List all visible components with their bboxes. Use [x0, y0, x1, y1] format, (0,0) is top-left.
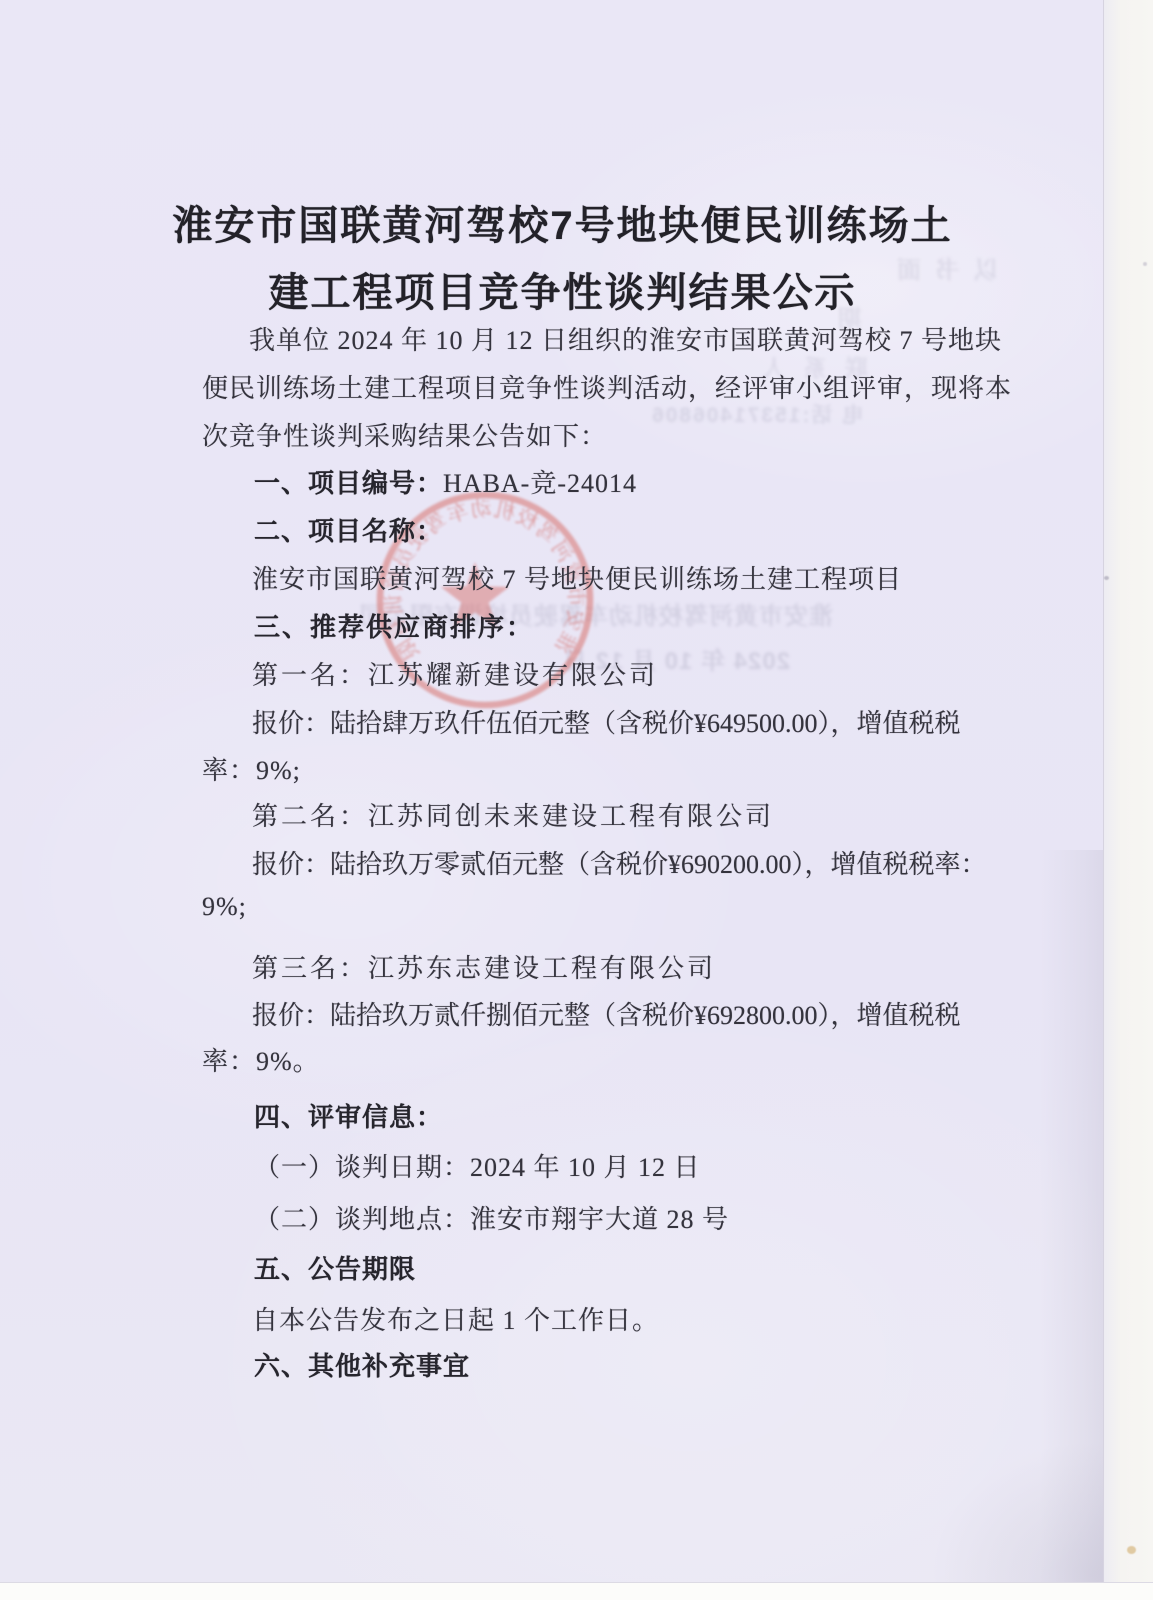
rank2-price-line1: 报价：陆拾玖万零贰佰元整（含税价¥690200.00），增值税税率： [252, 844, 987, 881]
section4-label: 四、评审信息： [254, 1097, 443, 1134]
doc-title-line1: 淮安市国联黄河驾校7号地块便民训练场土 [0, 194, 1125, 251]
paper-speck [1127, 1546, 1136, 1554]
paper-speck [1104, 576, 1109, 580]
rank3-price-line1: 报价：陆拾玖万贰仟捌佰元整（含税价¥692800.00），增值税税 [252, 995, 961, 1032]
rank3-name: 第三名：江苏东志建设工程有限公司 [252, 948, 716, 985]
intro-line-3: 次竞争性谈判采购结果公告如下： [202, 416, 607, 453]
project-name: 淮安市国联黄河驾校 7 号地块便民训练场土建工程项目 [252, 559, 902, 596]
section1-line: 一、项目编号：HABA-竞-24014 [254, 463, 637, 500]
project-number: HABA-竞-24014 [443, 469, 637, 498]
rank2-name: 第二名：江苏同创未来建设工程有限公司 [252, 796, 774, 833]
scanner-edge-bottom [0, 1582, 1153, 1600]
negotiation-place: （二）谈判地点：淮安市翔宇大道 28 号 [254, 1199, 729, 1236]
rank3-price-line2: 率：9%。 [202, 1041, 320, 1078]
section3-label: 三、推荐供应商排序： [254, 607, 534, 644]
section6-label: 六、其他补充事宜 [254, 1346, 470, 1383]
intro-line-1: 我单位 2024 年 10 月 12 日组织的淮安市国联黄河驾校 7 号地块 [249, 320, 1002, 357]
section1-label: 一、项目编号： [254, 468, 443, 498]
scanner-edge-right [1103, 0, 1153, 1600]
intro-line-2: 便民训练场土建工程项目竞争性谈判活动，经评审小组评审，现将本 [202, 368, 1012, 405]
paper-speck [1143, 262, 1147, 266]
paper-corner-shadow [930, 1440, 1110, 1590]
section2-label: 二、项目名称： [254, 511, 443, 548]
doc-title-line2: 建工程项目竞争性谈判结果公示 [0, 261, 1125, 318]
rank1-name: 第一名：江苏耀新建设有限公司 [252, 655, 658, 692]
notice-period: 自本公告发布之日起 1 个工作日。 [252, 1300, 659, 1337]
rank1-price-line1: 报价：陆拾肆万玖仟伍佰元整（含税价¥649500.00），增值税税 [252, 703, 961, 740]
negotiation-date: （一）谈判日期：2024 年 10 月 12 日 [254, 1147, 701, 1184]
rank1-price-line2: 率：9%; [202, 750, 301, 787]
rank2-price-line2: 9%; [202, 892, 247, 922]
document-page: 以 书 面 期 联 系 人 电 话:15371406806 淮安市黄河驾校机动车… [0, 0, 1153, 1600]
section5-label: 五、公告期限 [254, 1249, 416, 1286]
